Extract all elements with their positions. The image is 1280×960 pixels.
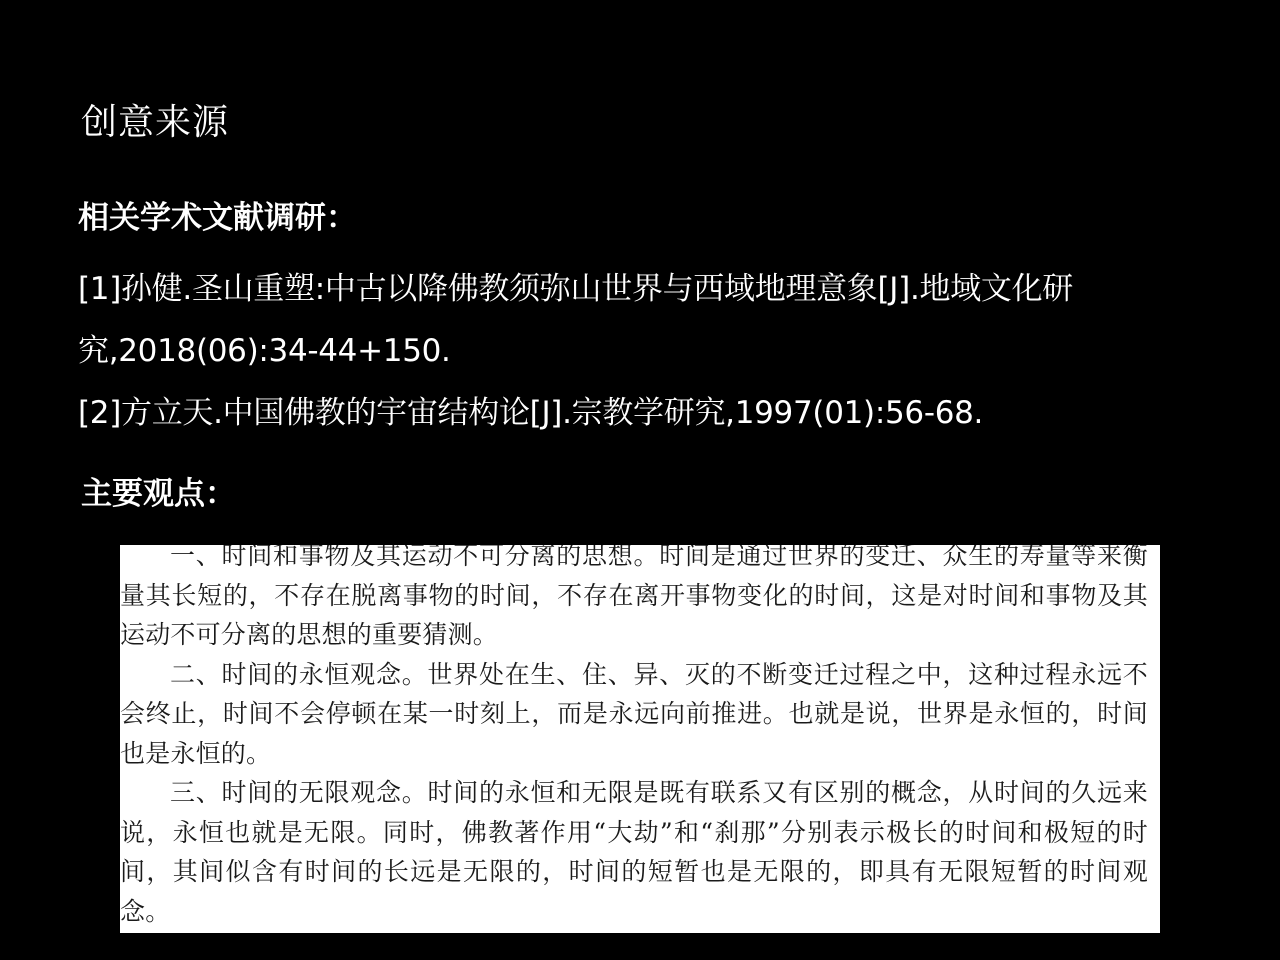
excerpt-paragraph-1: 一、时间和事物及其运动不可分离的思想。时间是通过世界的变迁、众生的寿量等来衡量其…	[120, 545, 1148, 655]
reference-item-1: [1]孙健.圣山重塑:中古以降佛教须弥山世界与西域地理意象[J].地域文化研究,…	[78, 258, 1148, 382]
reference-list: [1]孙健.圣山重塑:中古以降佛教须弥山世界与西域地理意象[J].地域文化研究,…	[78, 258, 1148, 444]
references-heading: 相关学术文献调研：	[78, 198, 357, 238]
excerpt-paragraph-2: 二、时间的永恒观念。世界处在生、住、异、灭的不断变迁过程之中，这种过程永远不会终…	[120, 655, 1148, 774]
excerpt-text: 一、时间和事物及其运动不可分离的思想。时间是通过世界的变迁、众生的寿量等来衡量其…	[120, 545, 1148, 931]
main-views-heading: 主要观点：	[81, 474, 236, 514]
excerpt-paragraph-3: 三、时间的无限观念。时间的永恒和无限是既有联系又有区别的概念，从时间的久远来说，…	[120, 773, 1148, 931]
reference-item-2: [2]方立天.中国佛教的宇宙结构论[J].宗教学研究,1997(01):56-6…	[78, 382, 1148, 444]
excerpt-image: 一、时间和事物及其运动不可分离的思想。时间是通过世界的变迁、众生的寿量等来衡量其…	[120, 545, 1160, 933]
slide-title: 创意来源	[81, 100, 229, 146]
